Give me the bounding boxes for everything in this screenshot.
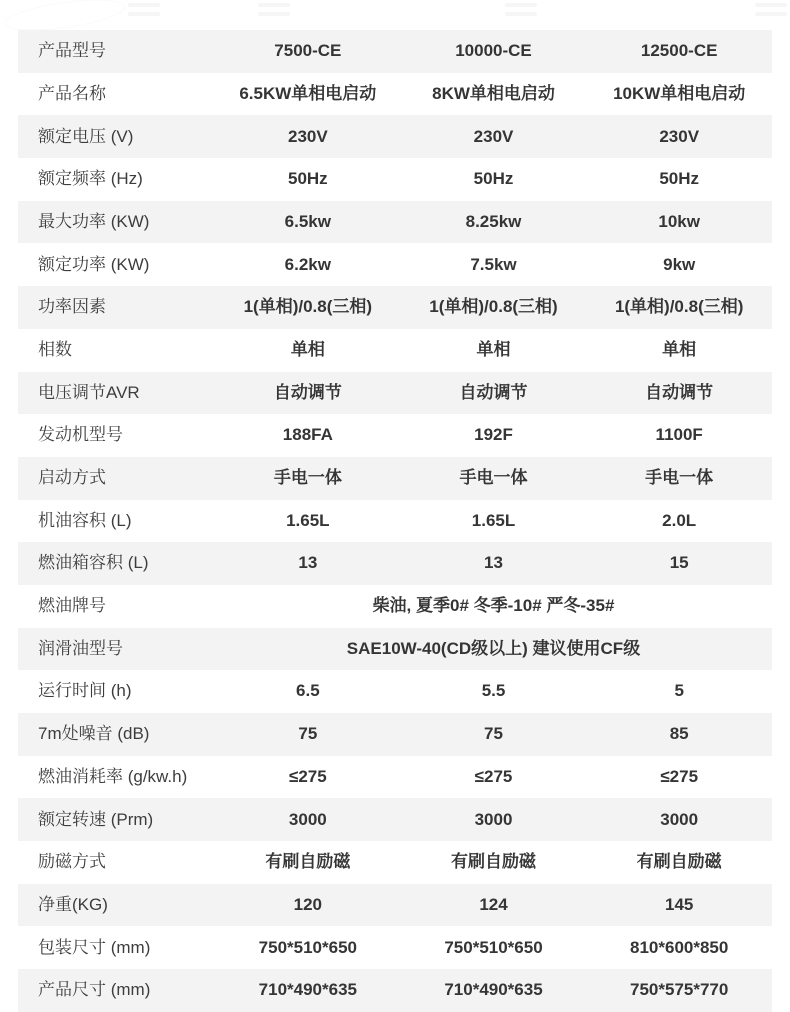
cell-value: 手电一体: [215, 468, 401, 488]
row-label: 机油容积 (L): [18, 511, 215, 531]
row-label: 电压调节AVR: [18, 383, 215, 403]
row-label: 产品型号: [18, 41, 215, 61]
cell-value: 1100F: [586, 425, 772, 445]
table-row: 电压调节AVR 自动调节 自动调节 自动调节: [18, 372, 772, 415]
table-row: 产品型号 7500-CE 10000-CE 12500-CE: [18, 30, 772, 73]
cell-value: 13: [401, 553, 587, 573]
cell-value: 2.0L: [586, 511, 772, 531]
row-label: 包装尺寸 (mm): [18, 938, 215, 958]
cell-value: 8KW单相电启动: [401, 84, 587, 104]
cell-value: 1.65L: [401, 511, 587, 531]
cell-value: 单相: [215, 340, 401, 360]
cell-value: 124: [401, 895, 587, 915]
cell-value: 85: [586, 724, 772, 744]
cell-value: 7.5kw: [401, 255, 587, 275]
remnant-bar: [755, 3, 787, 7]
cell-value: 188FA: [215, 425, 401, 445]
row-label: 燃油消耗率 (g/kw.h): [18, 767, 215, 787]
cell-value: 230V: [215, 127, 401, 147]
cell-value: 120: [215, 895, 401, 915]
table-row: 包装尺寸 (mm) 750*510*650 750*510*650 810*60…: [18, 926, 772, 969]
cell-value: 3000: [215, 810, 401, 830]
table-row: 励磁方式 有刷自励磁 有刷自励磁 有刷自励磁: [18, 841, 772, 884]
cell-value: 10kw: [586, 212, 772, 232]
cell-value: 750*510*650: [215, 938, 401, 958]
cell-value: 手电一体: [586, 468, 772, 488]
cell-value: 自动调节: [401, 383, 587, 403]
cell-value: 710*490*635: [215, 980, 401, 1000]
top-cropped-graphics: [0, 0, 790, 30]
cell-value: 145: [586, 895, 772, 915]
row-label: 7m处噪音 (dB): [18, 724, 215, 744]
cell-value: 6.5kw: [215, 212, 401, 232]
row-label: 启动方式: [18, 468, 215, 488]
row-label: 燃油箱容积 (L): [18, 553, 215, 573]
cell-value: 7500-CE: [215, 41, 401, 61]
row-label: 发动机型号: [18, 425, 215, 445]
table-row: 产品名称 6.5KW单相电启动 8KW单相电启动 10KW单相电启动: [18, 73, 772, 116]
cell-value: 230V: [586, 127, 772, 147]
row-label: 净重(KG): [18, 895, 215, 915]
product-spec-page: 产品型号 7500-CE 10000-CE 12500-CE 产品名称 6.5K…: [0, 0, 790, 1012]
cell-value: 8.25kw: [401, 212, 587, 232]
table-row: 发动机型号 188FA 192F 1100F: [18, 414, 772, 457]
cell-value: 1.65L: [215, 511, 401, 531]
table-row: 运行时间 (h) 6.5 5.5 5: [18, 670, 772, 713]
remnant-bar: [258, 12, 290, 16]
cell-value: 6.5KW单相电启动: [215, 84, 401, 104]
row-label: 功率因素: [18, 297, 215, 317]
row-label: 相数: [18, 340, 215, 360]
cell-value: 1(单相)/0.8(三相): [586, 297, 772, 317]
row-label: 额定转速 (Prm): [18, 810, 215, 830]
cell-value: 75: [401, 724, 587, 744]
remnant-bar: [505, 12, 537, 16]
row-label: 额定电压 (V): [18, 127, 215, 147]
cell-value-span: 柴油, 夏季0# 冬季-10# 严冬-35#: [215, 596, 772, 616]
row-label: 励磁方式: [18, 852, 215, 872]
row-label: 最大功率 (KW): [18, 212, 215, 232]
cell-value: ≤275: [586, 767, 772, 787]
cell-value: 1(单相)/0.8(三相): [401, 297, 587, 317]
cell-value: 15: [586, 553, 772, 573]
cell-value: 750*510*650: [401, 938, 587, 958]
cell-value: 自动调节: [586, 383, 772, 403]
table-row: 相数 单相 单相 单相: [18, 329, 772, 372]
cell-value: 3000: [586, 810, 772, 830]
row-label: 额定功率 (KW): [18, 255, 215, 275]
row-label: 运行时间 (h): [18, 681, 215, 701]
row-label: 燃油牌号: [18, 596, 215, 616]
cell-value: 单相: [401, 340, 587, 360]
cell-value: 5.5: [401, 681, 587, 701]
cell-value: 自动调节: [215, 383, 401, 403]
cell-value: 单相: [586, 340, 772, 360]
cell-value: 710*490*635: [401, 980, 587, 1000]
table-row: 润滑油型号 SAE10W-40(CD级以上) 建议使用CF级: [18, 628, 772, 671]
cell-value: 3000: [401, 810, 587, 830]
spec-table: 产品型号 7500-CE 10000-CE 12500-CE 产品名称 6.5K…: [18, 30, 772, 1012]
table-row: 燃油箱容积 (L) 13 13 15: [18, 542, 772, 585]
cell-value: 6.2kw: [215, 255, 401, 275]
cell-value: 50Hz: [586, 169, 772, 189]
cell-value: 810*600*850: [586, 938, 772, 958]
cell-value: 1(单相)/0.8(三相): [215, 297, 401, 317]
remnant-bar: [258, 3, 290, 7]
cell-value: 50Hz: [401, 169, 587, 189]
cell-value: 192F: [401, 425, 587, 445]
row-label: 润滑油型号: [18, 639, 215, 659]
table-row: 额定转速 (Prm) 3000 3000 3000: [18, 798, 772, 841]
table-row: 净重(KG) 120 124 145: [18, 884, 772, 927]
table-row: 额定频率 (Hz) 50Hz 50Hz 50Hz: [18, 158, 772, 201]
cell-value-span: SAE10W-40(CD级以上) 建议使用CF级: [215, 639, 772, 659]
cell-value: 10KW单相电启动: [586, 84, 772, 104]
remnant-bar: [755, 12, 787, 16]
table-row: 最大功率 (KW) 6.5kw 8.25kw 10kw: [18, 201, 772, 244]
cell-value: 有刷自励磁: [586, 852, 772, 872]
cell-value: 230V: [401, 127, 587, 147]
table-row: 额定功率 (KW) 6.2kw 7.5kw 9kw: [18, 243, 772, 286]
cell-value: ≤275: [215, 767, 401, 787]
row-label: 产品尺寸 (mm): [18, 980, 215, 1000]
table-row: 启动方式 手电一体 手电一体 手电一体: [18, 457, 772, 500]
cell-value: 12500-CE: [586, 41, 772, 61]
table-row: 燃油牌号 柴油, 夏季0# 冬季-10# 严冬-35#: [18, 585, 772, 628]
cell-value: ≤275: [401, 767, 587, 787]
cell-value: 5: [586, 681, 772, 701]
cell-value: 10000-CE: [401, 41, 587, 61]
cell-value: 6.5: [215, 681, 401, 701]
remnant-bar: [128, 3, 160, 7]
table-row: 机油容积 (L) 1.65L 1.65L 2.0L: [18, 500, 772, 543]
remnant-bar: [128, 12, 160, 16]
remnant-bar: [505, 3, 537, 7]
table-row: 产品尺寸 (mm) 710*490*635 710*490*635 750*57…: [18, 969, 772, 1012]
cell-value: 13: [215, 553, 401, 573]
cell-value: 75: [215, 724, 401, 744]
table-row: 7m处噪音 (dB) 75 75 85: [18, 713, 772, 756]
cell-value: 有刷自励磁: [215, 852, 401, 872]
cell-value: 9kw: [586, 255, 772, 275]
cell-value: 50Hz: [215, 169, 401, 189]
cell-value: 有刷自励磁: [401, 852, 587, 872]
table-row: 功率因素 1(单相)/0.8(三相) 1(单相)/0.8(三相) 1(单相)/0…: [18, 286, 772, 329]
row-label: 产品名称: [18, 84, 215, 104]
cell-value: 手电一体: [401, 468, 587, 488]
table-row: 燃油消耗率 (g/kw.h) ≤275 ≤275 ≤275: [18, 756, 772, 799]
cell-value: 750*575*770: [586, 980, 772, 1000]
table-row: 额定电压 (V) 230V 230V 230V: [18, 115, 772, 158]
row-label: 额定频率 (Hz): [18, 169, 215, 189]
